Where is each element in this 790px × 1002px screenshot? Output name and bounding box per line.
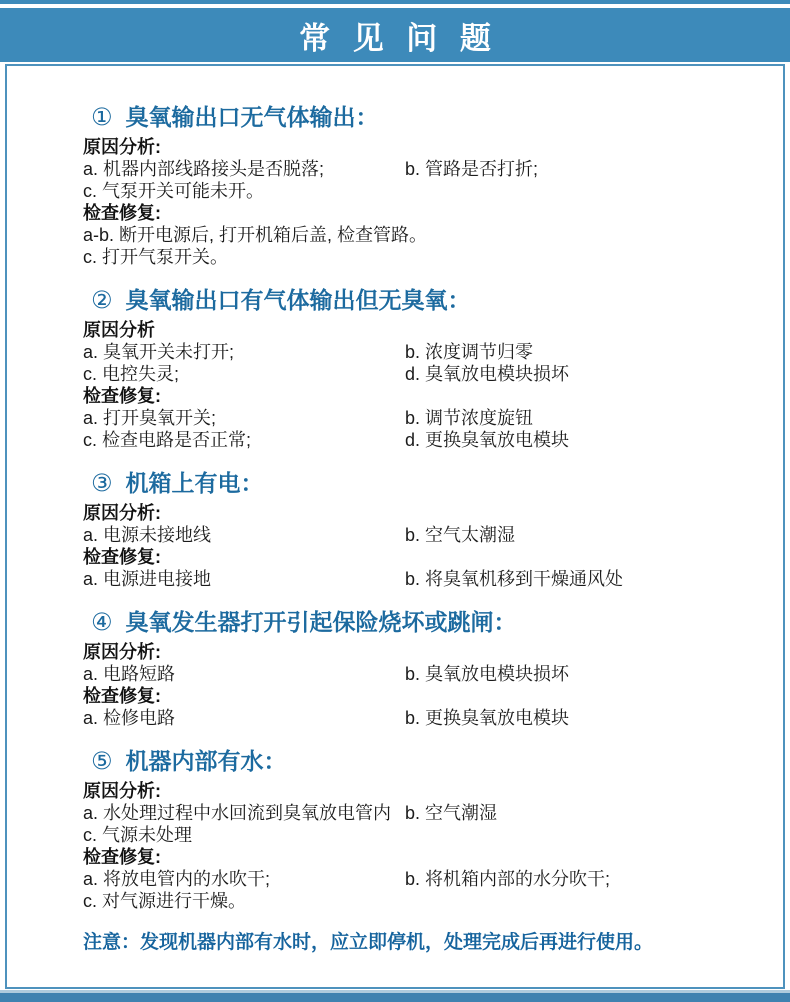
fix-row: a. 检修电路 b. 更换臭氧放电模块 (83, 707, 765, 729)
fix-row: a. 打开臭氧开关; b. 调节浓度旋钮 (83, 407, 765, 429)
section-number: ② (91, 287, 113, 315)
section-heading: ④ 臭氧发生器打开引起保险烧坏或跳闸： (83, 608, 765, 637)
faq-section-1: ① 臭氧输出口无气体输出： 原因分析: a. 机器内部线路接头是否脱落; b. … (83, 103, 765, 268)
fix-item: d. 更换臭氧放电模块 (405, 429, 765, 451)
fix-item: a. 电源进电接地 (83, 568, 405, 590)
cause-item: d. 臭氧放电模块损坏 (405, 363, 765, 385)
cause-label: 原因分析: (83, 780, 765, 802)
fix-item: c. 对气源进行干燥。 (83, 890, 765, 912)
bottom-border-bar (0, 993, 790, 1002)
section-title: 机器内部有水： (126, 747, 287, 775)
fix-row: c. 对气源进行干燥。 (83, 890, 765, 912)
cause-row: c. 电控失灵; d. 臭氧放电模块损坏 (83, 363, 765, 385)
fix-label: 检查修复: (83, 846, 765, 868)
fix-row: a. 电源进电接地 b. 将臭氧机移到干燥通风处 (83, 568, 765, 590)
cause-item: a. 水处理过程中水回流到臭氧放电管内 (83, 802, 405, 824)
cause-item: c. 电控失灵; (83, 363, 405, 385)
section-number: ⑤ (91, 748, 113, 776)
fix-item: a-b. 断开电源后, 打开机箱后盖, 检查管路。 (83, 224, 765, 246)
fix-item: a. 打开臭氧开关; (83, 407, 405, 429)
cause-item: a. 机器内部线路接头是否脱落; (83, 158, 405, 180)
faq-section-2: ② 臭氧输出口有气体输出但无臭氧： 原因分析 a. 臭氧开关未打开; b. 浓度… (83, 286, 765, 451)
fix-item: c. 检查电路是否正常; (83, 429, 405, 451)
header-banner: 常 见 问 题 (0, 8, 790, 62)
cause-item: c. 气泵开关可能未开。 (83, 180, 765, 202)
fix-item: a. 检修电路 (83, 707, 405, 729)
section-heading: ③ 机箱上有电： (83, 469, 765, 498)
section-title: 臭氧输出口无气体输出： (126, 103, 379, 131)
fix-item: c. 打开气泵开关。 (83, 246, 765, 268)
fix-item: b. 将臭氧机移到干燥通风处 (405, 568, 765, 590)
cause-label: 原因分析: (83, 136, 765, 158)
fix-row: a-b. 断开电源后, 打开机箱后盖, 检查管路。 (83, 224, 765, 246)
fix-row: c. 打开气泵开关。 (83, 246, 765, 268)
fix-label: 检查修复: (83, 546, 765, 568)
fix-item: b. 将机箱内部的水分吹干; (405, 868, 765, 890)
section-title: 臭氧输出口有气体输出但无臭氧： (126, 286, 471, 314)
fix-label: 检查修复: (83, 385, 765, 407)
cause-row: a. 电源未接地线 b. 空气太潮湿 (83, 524, 765, 546)
warning-note: 注意：发现机器内部有水时，应立即停机，处理完成后再进行使用。 (83, 930, 765, 955)
faq-section-4: ④ 臭氧发生器打开引起保险烧坏或跳闸： 原因分析: a. 电路短路 b. 臭氧放… (83, 608, 765, 729)
cause-row: c. 气源未处理 (83, 824, 765, 846)
section-heading: ⑤ 机器内部有水： (83, 747, 765, 776)
cause-label: 原因分析 (83, 319, 765, 341)
cause-row: a. 水处理过程中水回流到臭氧放电管内 b. 空气潮湿 (83, 802, 765, 824)
cause-item: b. 空气太潮湿 (405, 524, 765, 546)
cause-item: a. 电源未接地线 (83, 524, 405, 546)
page-title: 常 见 问 题 (292, 13, 498, 58)
fix-item: b. 更换臭氧放电模块 (405, 707, 765, 729)
cause-row: a. 机器内部线路接头是否脱落; b. 管路是否打折; (83, 158, 765, 180)
section-number: ④ (91, 609, 113, 637)
section-title: 臭氧发生器打开引起保险烧坏或跳闸： (126, 608, 517, 636)
cause-row: c. 气泵开关可能未开。 (83, 180, 765, 202)
cause-label: 原因分析: (83, 502, 765, 524)
cause-item: a. 臭氧开关未打开; (83, 341, 405, 363)
faq-section-5: ⑤ 机器内部有水： 原因分析: a. 水处理过程中水回流到臭氧放电管内 b. 空… (83, 747, 765, 912)
section-heading: ② 臭氧输出口有气体输出但无臭氧： (83, 286, 765, 315)
cause-item: b. 管路是否打折; (405, 158, 765, 180)
section-heading: ① 臭氧输出口无气体输出： (83, 103, 765, 132)
cause-row: a. 臭氧开关未打开; b. 浓度调节归零 (83, 341, 765, 363)
cause-row: a. 电路短路 b. 臭氧放电模块损坏 (83, 663, 765, 685)
cause-item: b. 浓度调节归零 (405, 341, 765, 363)
cause-item: b. 臭氧放电模块损坏 (405, 663, 765, 685)
fix-label: 检查修复: (83, 685, 765, 707)
cause-item: a. 电路短路 (83, 663, 405, 685)
fix-label: 检查修复: (83, 202, 765, 224)
section-number: ① (91, 104, 113, 132)
section-number: ③ (91, 470, 113, 498)
fix-item: b. 调节浓度旋钮 (405, 407, 765, 429)
cause-item: b. 空气潮湿 (405, 802, 765, 824)
fix-row: c. 检查电路是否正常; d. 更换臭氧放电模块 (83, 429, 765, 451)
fix-row: a. 将放电管内的水吹干; b. 将机箱内部的水分吹干; (83, 868, 765, 890)
content-box: ① 臭氧输出口无气体输出： 原因分析: a. 机器内部线路接头是否脱落; b. … (5, 64, 785, 989)
faq-page: 常 见 问 题 ① 臭氧输出口无气体输出： 原因分析: a. 机器内部线路接头是… (0, 0, 790, 1002)
fix-item: a. 将放电管内的水吹干; (83, 868, 405, 890)
section-title: 机箱上有电： (126, 469, 264, 497)
cause-item: c. 气源未处理 (83, 824, 765, 846)
faq-section-3: ③ 机箱上有电： 原因分析: a. 电源未接地线 b. 空气太潮湿 检查修复: … (83, 469, 765, 590)
cause-label: 原因分析: (83, 641, 765, 663)
